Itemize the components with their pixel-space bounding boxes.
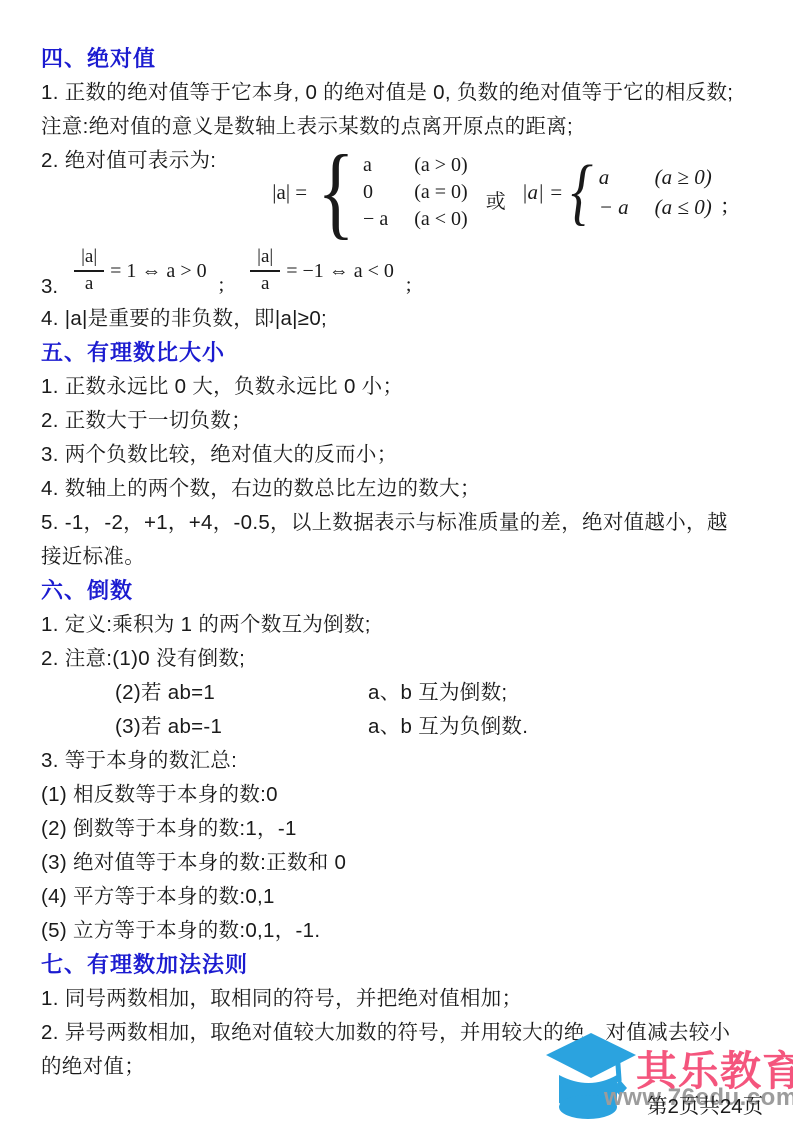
item3-number: 3. [41,272,58,302]
section-six-sub1: (1) 相反数等于本身的数:0 [41,778,763,812]
abs-lhs-2: |a| = [522,180,563,205]
section-six-item3: 3. 等于本身的数汇总: [41,744,763,778]
pair2-right: a、b 互为负倒数. [368,710,528,744]
cases-italic: a (a ≥ 0) − a (a ≤ 0) [599,162,712,222]
case-condition: (a < 0) [414,206,467,233]
case-value: − a [599,192,629,222]
case-condition: (a ≥ 0) [655,162,712,192]
section-six-sub3: (3) 绝对值等于本身的数:正数和 0 [41,846,763,880]
fraction-abs-a-over-a: |a| a [250,246,280,296]
section-six-pair1: (2)若 ab=1 a、b 互为倒数; [41,676,763,710]
section-seven-heading: 七、有理数加法法则 [41,948,763,982]
section-four-item1: 1. 正数的绝对值等于它本身, 0 的绝对值是 0, 负数的绝对值等于它的相反数… [41,76,763,110]
cases-plain: a (a > 0) 0 (a = 0) − a (a < 0) [363,152,468,233]
fraction1-rhs: = 1 ⇔ a > 0 [110,260,206,283]
page-indicator: 第2页共24页 [647,1089,763,1119]
pair1-left: (2)若 ab=1 [115,676,368,710]
section-six-heading: 六、倒数 [41,574,763,608]
section-five-heading: 五、有理数比大小 [41,336,763,370]
pair2-left: (3)若 ab=-1 [115,710,368,744]
abs-ratio-formula-row: 3. |a| a = 1 ⇔ a > 0 ; |a| a = −1 ⇔ a < … [41,240,763,302]
fraction-denominator: a [261,272,269,296]
fraction-abs-a-over-a: |a| a [74,246,104,296]
section-six-pair2: (3)若 ab=-1 a、b 互为负倒数. [41,710,763,744]
formula-semicolon: ; [722,192,728,218]
abs-lhs: |a| = [272,180,307,205]
absolute-value-formula-row: 2. 绝对值可表示为: |a| = { a (a > 0) 0 (a = 0) … [41,144,763,240]
or-word: 或 [486,185,506,214]
section-six-item1: 1. 定义:乘积为 1 的两个数互为倒数; [41,608,763,642]
case-condition: (a ≤ 0) [655,192,712,222]
fraction-numerator: |a| [74,246,104,272]
fraction2-rhs: = −1 ⇔ a < 0 [286,260,394,283]
section-five-item5: 5. -1，-2，+1，+4，-0.5，以上数据表示与标准质量的差，绝对值越小，… [41,506,763,540]
section-four-item2-label: 2. 绝对值可表示为: [41,144,216,178]
section-five-item2: 2. 正数大于一切负数； [41,404,763,438]
case-condition: (a = 0) [414,179,467,206]
document-content: 四、绝对值 1. 正数的绝对值等于它本身, 0 的绝对值是 0, 负数的绝对值等… [41,42,763,1084]
pair1-right: a、b 互为倒数; [368,676,507,710]
section-four-item4: 4. |a|是重要的非负数，即|a|≥0; [41,302,763,336]
section-five-item5-continued: 接近标准。 [41,540,763,574]
section-six-item2: 2. 注意:(1)0 没有倒数; [41,642,763,676]
section-six-sub2: (2) 倒数等于本身的数:1，-1 [41,812,763,846]
piecewise-formula-plain: |a| = { a (a > 0) 0 (a = 0) − a (a < 0) [272,152,467,233]
section-five-item3: 3. 两个负数比较，绝对值大的反而小； [41,438,763,472]
section-five-item4: 4. 数轴上的两个数，右边的数总比左边的数大； [41,472,763,506]
case-condition: (a > 0) [414,152,467,179]
separator: ; [219,268,225,302]
section-five-item1: 1. 正数永远比 0 大，负数永远比 0 小； [41,370,763,404]
section-seven-item1: 1. 同号两数相加，取相同的符号，并把绝对值相加； [41,982,763,1016]
case-value: 0 [363,179,388,206]
section-four-note: 注意:绝对值的意义是数轴上表示某数的点离开原点的距离; [41,110,763,144]
section-six-sub5: (5) 立方等于本身的数:0,1，-1. [41,914,763,948]
fraction-numerator: |a| [250,246,280,272]
case-value: − a [363,206,388,233]
separator: ; [406,268,412,302]
fraction-denominator: a [85,272,93,296]
piecewise-formula-italic: |a| = { a (a ≥ 0) − a (a ≤ 0) [522,162,712,222]
section-six-sub4: (4) 平方等于本身的数:0,1 [41,880,763,914]
section-four-heading: 四、绝对值 [41,42,763,76]
case-value: a [363,152,388,179]
case-value: a [599,162,629,192]
